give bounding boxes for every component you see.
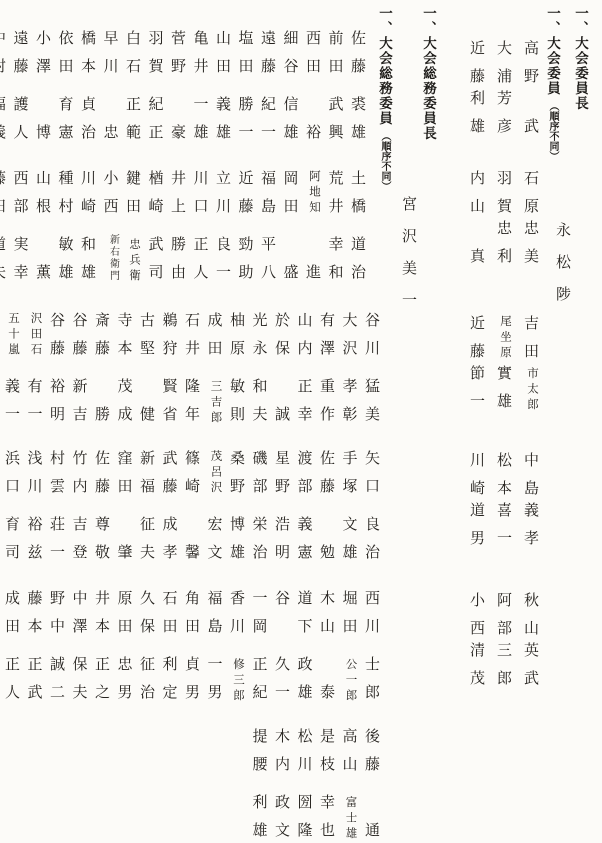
member-given-name: 文雄	[342, 516, 357, 572]
member-given-name: 義一	[4, 378, 19, 434]
member-given-name: 和雄	[80, 236, 95, 292]
member-name: 堀田公一郎	[340, 590, 358, 700]
member-surname: 内山	[469, 170, 484, 226]
member-name: 武藤成孝	[160, 450, 178, 560]
member-name: 斎藤勝	[92, 312, 110, 422]
member-name: 道下政雄	[295, 590, 313, 700]
member-surname: 佐藤	[94, 450, 109, 506]
member-surname: 立川	[215, 170, 230, 226]
member-surname: 川崎	[80, 170, 95, 226]
member-given-name: 正人	[193, 236, 208, 292]
member-name: 福島平八	[258, 170, 276, 280]
member-surname: 阿部	[496, 592, 511, 648]
member-surname: 矢口	[364, 450, 379, 506]
member-name: 菅野豪	[168, 30, 186, 140]
member-name: 西川士郎	[362, 590, 380, 700]
member-name: 大浦芳彦	[494, 40, 512, 134]
member-given-name: 正之	[94, 656, 109, 712]
member-surname: 遠藤	[13, 30, 28, 86]
member-given-name: 和夫	[252, 378, 267, 434]
member-surname: 五十嵐	[8, 312, 20, 359]
member-surname: 近藤	[238, 170, 253, 226]
member-name: 石井隆年	[182, 312, 200, 422]
member-given-name: 裕兹	[27, 516, 42, 572]
member-name: 立川良一	[213, 170, 231, 280]
member-name: 新福征夫	[137, 450, 155, 560]
member-name: 土橋道治	[348, 170, 366, 280]
member-surname: 松本	[496, 452, 511, 508]
member-surname: 鍵田	[125, 170, 140, 226]
member-given-name: 進	[305, 264, 320, 292]
member-given-name: 誠	[274, 406, 289, 434]
member-surname: 木山	[319, 590, 334, 646]
member-given-name: 馨	[184, 544, 199, 572]
member-given-name: 裕	[305, 124, 320, 152]
member-given-name: 貞男	[184, 656, 199, 712]
member-surname: 大浦	[496, 40, 511, 96]
member-surname: 川崎	[469, 452, 484, 508]
member-surname: 竹内	[72, 450, 87, 506]
member-given-name: 利雄	[469, 90, 484, 146]
member-name: 木内政文	[272, 728, 290, 838]
member-name: 石原忠美	[521, 170, 539, 264]
member-given-name: 利定	[162, 656, 177, 712]
member-given-name: 薫	[35, 264, 50, 292]
header-taikai-iincho-text: 一、大会委員長	[572, 6, 588, 111]
member-given-name: 節一	[469, 365, 484, 421]
member-surname: 近藤	[469, 40, 484, 96]
member-surname: 斎藤	[94, 312, 109, 368]
header-taikai-iin-note: （順序不同）	[547, 101, 558, 161]
member-given-name: 正武	[27, 656, 42, 712]
member-surname: 古堅	[139, 312, 154, 368]
member-given-name: 正人	[4, 656, 19, 712]
member-name: 山根薫	[33, 170, 51, 280]
member-surname: 山根	[35, 170, 50, 226]
member-name: 提腰利雄	[250, 728, 268, 838]
member-given-name: 宏文	[207, 516, 222, 572]
member-surname: 塩田	[238, 30, 253, 86]
member-surname: 谷藤	[49, 312, 64, 368]
member-given-name: 忠男	[117, 656, 132, 712]
member-surname: 茂呂沢	[210, 450, 222, 497]
member-name: 後藤通	[362, 728, 380, 838]
member-given-name: 清茂	[469, 642, 484, 698]
member-surname: 松川	[297, 728, 312, 784]
member-name: 楢崎武司	[146, 170, 164, 280]
member-surname: 土橋	[350, 170, 365, 226]
member-surname: 成田	[207, 312, 222, 368]
member-given-name: 道治	[350, 236, 365, 292]
member-name: 原田忠男	[115, 590, 133, 700]
member-surname: 近藤	[469, 315, 484, 371]
member-name: 茂呂沢宏文	[205, 450, 223, 560]
member-given-name: 士郎	[364, 656, 379, 712]
member-given-name: 勝一	[238, 96, 253, 152]
member-surname: 吉田	[523, 315, 538, 371]
member-surname: 村雲	[49, 450, 64, 506]
member-surname: 菅野	[170, 30, 185, 86]
member-surname: 羽賀	[148, 30, 163, 86]
member-given-name: 幸也	[319, 794, 334, 843]
member-surname: 早川	[103, 30, 118, 86]
member-surname: 種村	[58, 170, 73, 226]
member-given-name: 忠兵衛	[129, 238, 141, 285]
member-name: 木山泰	[317, 590, 335, 700]
member-given-name: 育司	[4, 516, 19, 572]
member-given-name: 武	[523, 118, 538, 146]
member-name: 渡部義憲	[295, 450, 313, 560]
member-given-name: 豪	[170, 124, 185, 152]
member-surname: 窪田	[117, 450, 132, 506]
member-given-name: 修三郎	[233, 658, 245, 705]
member-name: 荒井幸和	[326, 170, 344, 280]
member-given-name: 紀一	[260, 96, 275, 152]
member-name: 沢田石有一	[25, 312, 43, 422]
member-name: 近藤節一	[467, 315, 485, 409]
header-somu-iin: 一、大会総務委員（順序不同）	[374, 6, 394, 191]
member-name: 尾坐原實雄	[494, 315, 512, 409]
member-given-name: 真	[469, 248, 484, 276]
member-name: 角田貞男	[182, 590, 200, 700]
member-name: 星野浩明	[272, 450, 290, 560]
member-given-name: 新右衛門	[108, 234, 118, 282]
chairperson-name: 永松陟	[553, 222, 574, 318]
member-surname: 谷藤	[72, 312, 87, 368]
member-surname: 一岡	[252, 590, 267, 646]
member-given-name: 隆年	[184, 378, 199, 434]
member-given-name: 盛	[283, 264, 298, 292]
member-given-name: 福義	[0, 96, 5, 152]
header-somu-iin-note: （順序不同）	[379, 131, 390, 191]
member-surname: 光永	[252, 312, 267, 368]
member-surname: 小西	[103, 170, 118, 226]
member-given-name: 政文	[274, 794, 289, 843]
member-name: 矢口良治	[362, 450, 380, 560]
member-surname: 井本	[94, 590, 109, 646]
member-name: 亀井一雄	[191, 30, 209, 140]
member-given-name: 肇	[117, 544, 132, 572]
member-name: 西田裕	[303, 30, 321, 140]
member-surname: 西部	[13, 170, 28, 226]
member-name: 白石正範	[123, 30, 141, 140]
member-given-name: 信雄	[283, 96, 298, 152]
member-name: 寺本茂成	[115, 312, 133, 422]
member-surname: 提腰	[252, 728, 267, 784]
member-given-name: 征治	[139, 656, 154, 712]
member-surname: 鵜狩	[162, 312, 177, 368]
member-given-name: 幸和	[328, 236, 343, 292]
member-name: 藤田道夫	[0, 170, 6, 280]
member-name: 川崎道男	[467, 452, 485, 546]
member-given-name: 茂成	[117, 378, 132, 434]
member-name: 五十嵐義一	[2, 312, 20, 422]
member-given-name: 裘雄	[350, 96, 365, 152]
member-name: 井本正之	[92, 590, 110, 700]
member-given-name: 猛美	[364, 378, 379, 434]
member-given-name: 市太郎	[527, 367, 539, 414]
document-page: 一、大会委員長 一、大会委員（順序不同） 一、大会総務委員長 一、大会総務委員（…	[0, 0, 602, 843]
member-surname: 久保	[139, 590, 154, 646]
member-name: 中澤保夫	[70, 590, 88, 700]
member-name: 橋本貞治	[78, 30, 96, 140]
member-surname: 新福	[139, 450, 154, 506]
member-name: 前田武興	[326, 30, 344, 140]
member-given-name: 正範	[125, 96, 140, 152]
member-name: 川口正人	[191, 170, 209, 280]
member-name: 鵜狩賢省	[160, 312, 178, 422]
member-surname: 尾坐原	[500, 315, 512, 362]
member-given-name: 貞治	[80, 96, 95, 152]
member-name: 阿地知進	[303, 170, 321, 280]
member-name: 佐藤勉	[317, 450, 335, 560]
member-surname: 荒井	[328, 170, 343, 226]
member-surname: 篠崎	[184, 450, 199, 506]
member-name: 羽賀紀正	[146, 30, 164, 140]
member-given-name: 実幸	[13, 236, 28, 292]
header-somu-iincho-text: 一、大会総務委員長	[420, 6, 436, 141]
member-name: 谷川猛美	[362, 312, 380, 422]
member-given-name: 一男	[207, 656, 222, 712]
member-given-name: 博	[35, 124, 50, 152]
member-name: 磯部栄治	[250, 450, 268, 560]
member-surname: 石原	[523, 170, 538, 226]
member-surname: 橋本	[80, 30, 95, 86]
member-surname: 後藤	[364, 728, 379, 784]
member-name: 岡田盛	[281, 170, 299, 280]
member-name: 近藤勁助	[236, 170, 254, 280]
member-surname: 亀井	[193, 30, 208, 86]
member-given-name: 紀正	[148, 96, 163, 152]
member-given-name: 忠	[103, 124, 118, 152]
member-name: 細谷信雄	[281, 30, 299, 140]
member-surname: 楢崎	[148, 170, 163, 226]
member-name: 近藤利雄	[467, 40, 485, 134]
member-name: 遠藤護人	[11, 30, 29, 140]
member-surname: 沢田石	[30, 312, 42, 359]
member-given-name: 敏雄	[58, 236, 73, 292]
member-surname: 渡部	[297, 450, 312, 506]
member-name: 依田育憲	[56, 30, 74, 140]
member-given-name: 栄治	[252, 516, 267, 572]
member-given-name: 有一	[27, 378, 42, 434]
member-surname: 浅川	[27, 450, 42, 506]
member-name: 松本喜一	[494, 452, 512, 546]
member-name: 桑野博雄	[227, 450, 245, 560]
member-surname: 中澤	[72, 590, 87, 646]
member-name: 羽賀忠利	[494, 170, 512, 264]
member-given-name: 公一郎	[345, 658, 357, 705]
member-given-name: 勝	[94, 406, 109, 434]
member-name: 香川修三郎	[227, 590, 245, 700]
member-given-name: 義孝	[523, 502, 538, 558]
header-taikai-iin-text: 一、大会委員	[544, 6, 560, 96]
member-surname: 佐藤	[350, 30, 365, 86]
member-given-name: 富士雄	[345, 796, 357, 843]
member-name: 井上勝由	[168, 170, 186, 280]
member-given-name: 道男	[469, 502, 484, 558]
member-given-name: 征夫	[139, 516, 154, 572]
member-given-name: 一雄	[193, 96, 208, 152]
member-given-name: 芳彦	[496, 90, 511, 146]
member-given-name: 義雄	[215, 96, 230, 152]
member-surname: 有澤	[319, 312, 334, 368]
member-name: 山内正幸	[295, 312, 313, 422]
member-name: 野中誠二	[47, 590, 65, 700]
member-surname: 藤田	[0, 170, 5, 226]
member-given-name: 道夫	[0, 236, 5, 292]
member-given-name: 荘一	[49, 516, 64, 572]
member-name: 川崎和雄	[78, 170, 96, 280]
member-surname: 羽賀	[496, 170, 511, 226]
member-given-name: 忠美	[523, 220, 538, 276]
member-name: 小西清茂	[467, 592, 485, 686]
member-given-name: 誠二	[49, 656, 64, 712]
member-name: 早川忠	[101, 30, 119, 140]
member-name: 佐藤裘雄	[348, 30, 366, 140]
member-surname: 山田	[215, 30, 230, 86]
member-surname: 於保	[274, 312, 289, 368]
member-given-name: 裕明	[49, 378, 64, 434]
member-given-name: 實雄	[496, 365, 511, 421]
member-given-name: 圀隆	[297, 794, 312, 843]
member-name: 是枝幸也	[317, 728, 335, 838]
member-given-name: 孝彰	[342, 378, 357, 434]
chairperson-name: 宮沢美一	[399, 196, 420, 324]
member-given-name: 重作	[319, 378, 334, 434]
member-given-name: 勁助	[238, 236, 253, 292]
member-surname: 藤本	[27, 590, 42, 646]
member-name: 柚原敏則	[227, 312, 245, 422]
member-name: 石田利定	[160, 590, 178, 700]
member-surname: 香川	[229, 590, 244, 646]
member-surname: 柚原	[229, 312, 244, 368]
member-given-name: 敏則	[229, 378, 244, 434]
member-given-name: 浩明	[274, 516, 289, 572]
member-surname: 木内	[274, 728, 289, 784]
member-name: 中村福義	[0, 30, 6, 140]
member-surname: 西田	[305, 30, 320, 86]
member-surname: 星野	[274, 450, 289, 506]
member-name: 秋山英武	[521, 592, 539, 686]
member-given-name: 新吉	[72, 378, 87, 434]
header-somu-iin-text: 一、大会総務委員	[376, 6, 392, 126]
member-surname: 堀田	[342, 590, 357, 646]
member-given-name: 正幸	[297, 378, 312, 434]
member-surname: 川口	[193, 170, 208, 226]
member-surname: 手塚	[342, 450, 357, 506]
member-name: 福島一男	[205, 590, 223, 700]
member-surname: 福島	[260, 170, 275, 226]
member-name: 竹内吉登	[70, 450, 88, 560]
member-given-name: 利雄	[252, 794, 267, 843]
member-given-name: 勝由	[170, 236, 185, 292]
member-given-name: 勉	[319, 544, 334, 572]
member-surname: 山内	[297, 312, 312, 368]
member-surname: 小澤	[35, 30, 50, 86]
member-surname: 福島	[207, 590, 222, 646]
member-name: 佐藤尊敬	[92, 450, 110, 560]
member-name: 久保征治	[137, 590, 155, 700]
member-name: 阿部三郎	[494, 592, 512, 686]
member-surname: 秋山	[523, 592, 538, 648]
member-given-name: 良一	[215, 236, 230, 292]
member-surname: 桑野	[229, 450, 244, 506]
member-surname: 谷川	[364, 312, 379, 368]
member-name: 於保誠	[272, 312, 290, 422]
member-given-name: 三郎	[496, 642, 511, 698]
member-given-name: 通	[364, 822, 379, 843]
member-name: 小西新右衛門	[101, 170, 119, 280]
member-surname: 谷	[274, 590, 289, 618]
member-name: 谷藤裕明	[47, 312, 65, 422]
member-surname: 前田	[328, 30, 343, 86]
member-surname: 井上	[170, 170, 185, 226]
member-given-name: 育憲	[58, 96, 73, 152]
member-surname: 阿地知	[309, 170, 321, 217]
member-name: 高野武	[521, 40, 539, 134]
member-name: 成田三吉郎	[205, 312, 223, 422]
member-name: 成田正人	[2, 590, 20, 700]
member-given-name: 久一	[274, 656, 289, 712]
member-surname: 大沢	[342, 312, 357, 368]
member-name: 遠藤紀一	[258, 30, 276, 140]
member-surname: 高野	[523, 40, 538, 96]
member-surname: 細谷	[283, 30, 298, 86]
member-surname: 石田	[162, 590, 177, 646]
member-name: 篠崎馨	[182, 450, 200, 560]
member-given-name: 義憲	[297, 516, 312, 572]
member-surname: 是枝	[319, 728, 334, 784]
member-surname: 中村	[0, 30, 5, 86]
member-name: 鍵田忠兵衛	[123, 170, 141, 280]
member-name: 山田義雄	[213, 30, 231, 140]
member-surname: 道下	[297, 590, 312, 646]
member-surname: 寺本	[117, 312, 132, 368]
member-given-name: 健	[139, 406, 154, 434]
member-surname: 高山	[342, 728, 357, 784]
member-surname: 成田	[4, 590, 19, 646]
member-name: 光永和夫	[250, 312, 268, 422]
member-name: 藤本正武	[25, 590, 43, 700]
member-surname: 遠藤	[260, 30, 275, 86]
member-name: 谷久一	[272, 590, 290, 700]
member-name: 小澤博	[33, 30, 51, 140]
member-name: 吉田市太郎	[521, 315, 539, 409]
member-surname: 中島	[523, 452, 538, 508]
header-taikai-iin: 一、大会委員（順序不同）	[542, 6, 562, 161]
member-given-name: 正紀	[252, 656, 267, 712]
member-surname: 石井	[184, 312, 199, 368]
member-name: 古堅健	[137, 312, 155, 422]
member-surname: 角田	[184, 590, 199, 646]
member-given-name: 成孝	[162, 516, 177, 572]
member-name: 内山真	[467, 170, 485, 264]
member-name: 村雲荘一	[47, 450, 65, 560]
member-surname: 小西	[469, 592, 484, 648]
member-given-name: 泰	[319, 684, 334, 712]
header-taikai-iincho: 一、大会委員長	[570, 6, 590, 111]
member-name: 一岡正紀	[250, 590, 268, 700]
member-given-name: 三吉郎	[210, 380, 222, 427]
member-given-name: 喜一	[496, 502, 511, 558]
member-surname: 西川	[364, 590, 379, 646]
member-name: 有澤重作	[317, 312, 335, 422]
member-given-name: 賢省	[162, 378, 177, 434]
header-somu-iincho: 一、大会総務委員長	[418, 6, 438, 141]
member-surname: 白石	[125, 30, 140, 86]
member-surname: 野中	[49, 590, 64, 646]
